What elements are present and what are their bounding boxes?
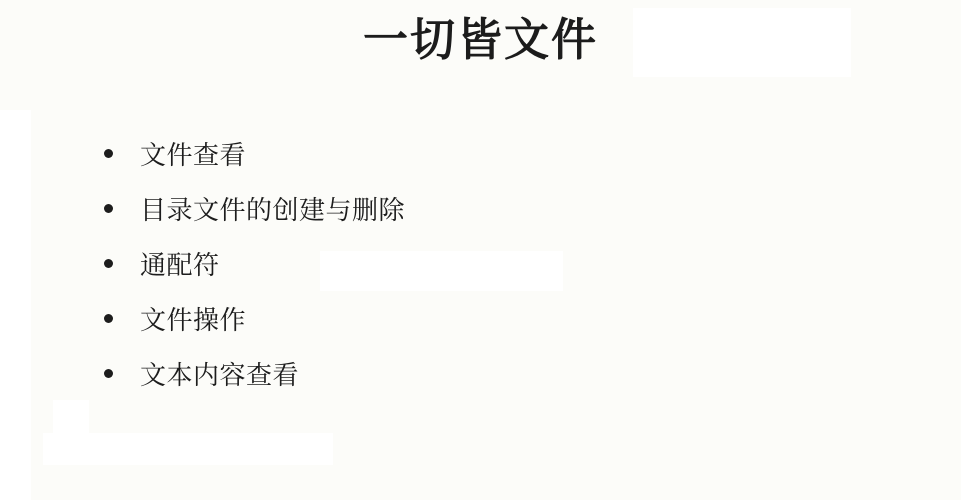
bullet-dot-icon — [104, 204, 113, 213]
bullet-dot-icon — [104, 149, 113, 158]
bullet-list: 文件查看 目录文件的创建与删除 通配符 文件操作 文本内容查看 — [104, 139, 405, 414]
list-item-text: 文件操作 — [140, 300, 246, 337]
bullet-dot-icon — [104, 314, 113, 323]
list-item-text: 文件查看 — [140, 135, 246, 172]
bullet-dot-icon — [104, 259, 113, 268]
background-artifact-patch — [0, 110, 31, 500]
list-item: 通配符 — [104, 249, 405, 277]
list-item: 文件操作 — [104, 304, 405, 332]
presentation-slide: 一切皆文件 文件查看 目录文件的创建与删除 通配符 文件操作 文本内容查看 — [0, 0, 961, 500]
list-item: 目录文件的创建与删除 — [104, 194, 405, 222]
list-item: 文本内容查看 — [104, 359, 405, 387]
background-artifact-patch — [43, 433, 333, 465]
list-item-text: 通配符 — [140, 245, 220, 282]
background-artifact-patch — [53, 400, 89, 433]
bullet-dot-icon — [104, 369, 113, 378]
list-item-text: 文本内容查看 — [140, 355, 299, 392]
list-item-text: 目录文件的创建与删除 — [140, 190, 405, 227]
list-item: 文件查看 — [104, 139, 405, 167]
slide-title: 一切皆文件 — [0, 12, 961, 68]
